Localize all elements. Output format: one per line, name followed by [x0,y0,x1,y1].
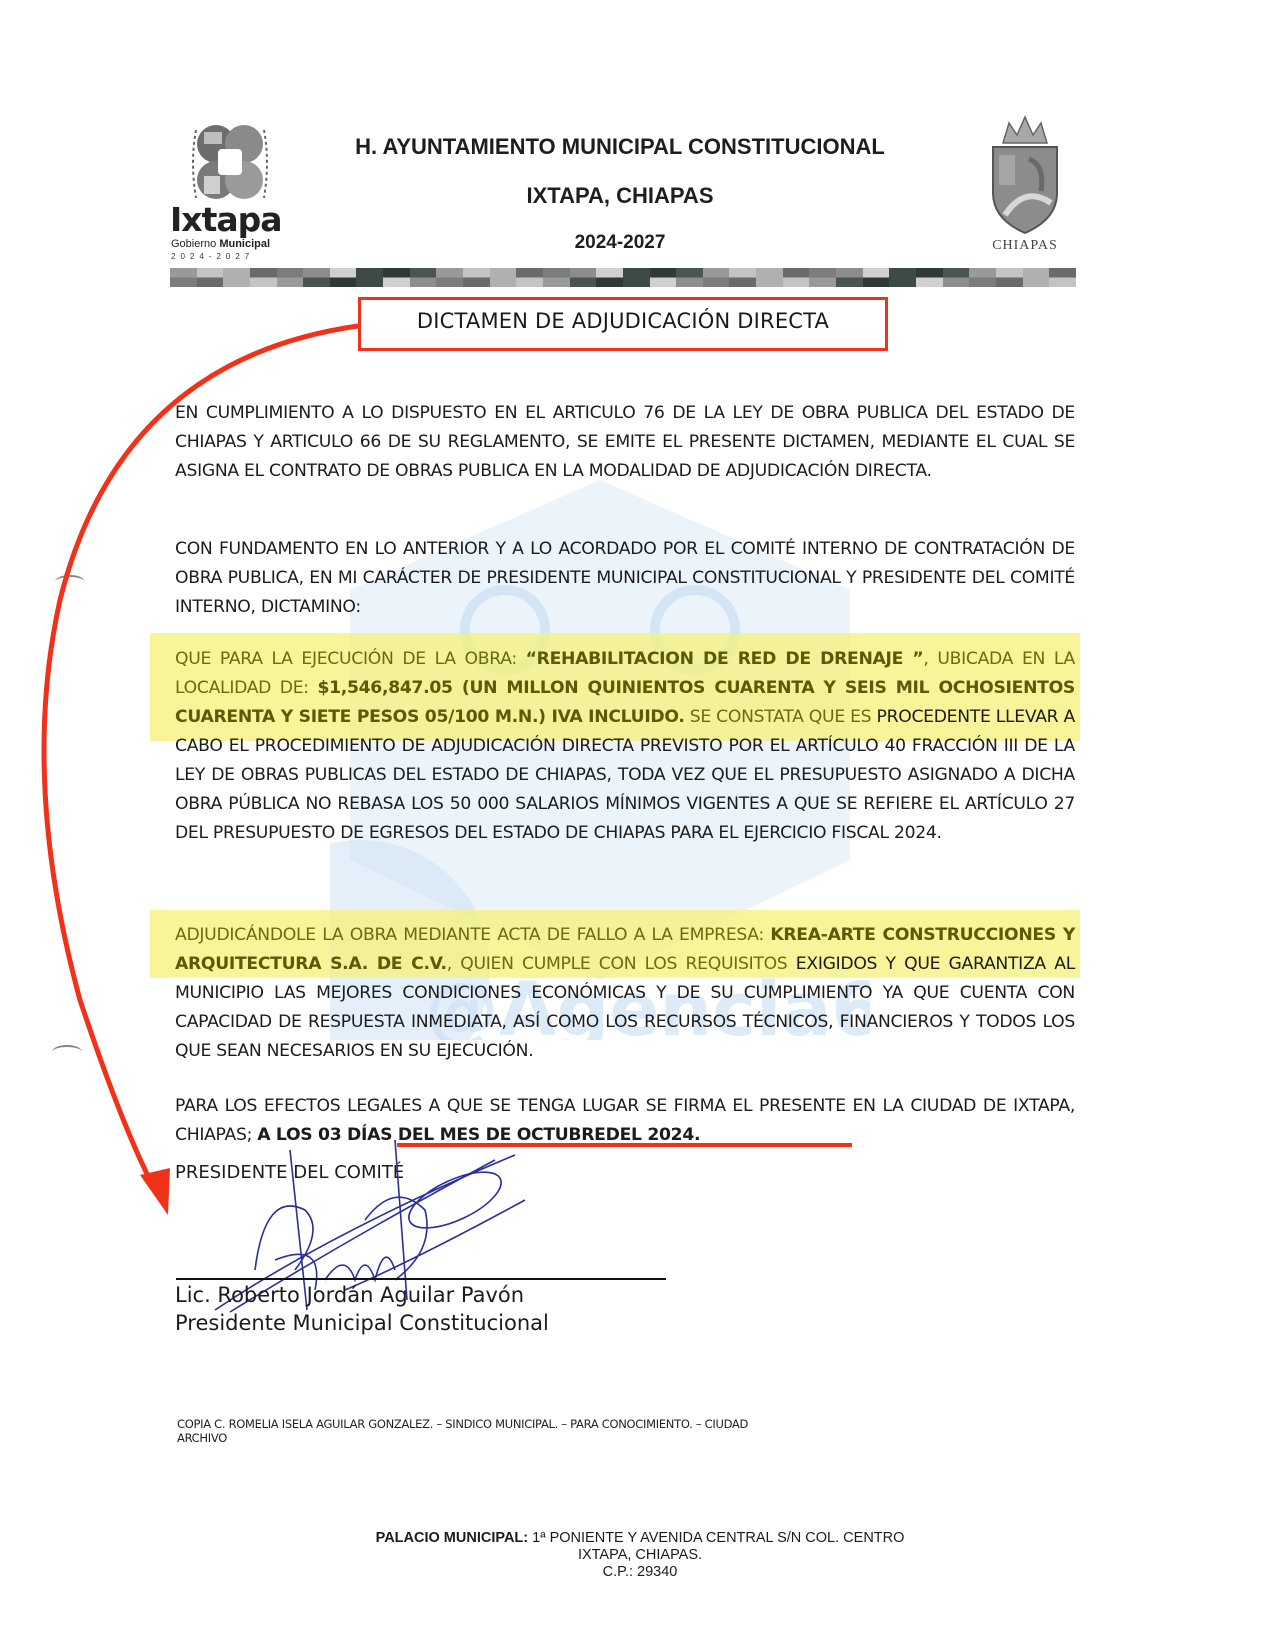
punch-hole-mark [55,575,85,589]
band-segment [463,268,490,287]
paragraph-legal-basis: EN CUMPLIMIENTO A LO DISPUESTO EN EL ART… [175,399,1075,486]
band-segment [969,268,996,287]
band-segment [356,268,383,287]
signature-line [176,1278,666,1280]
document-title: DICTAMEN DE ADJUDICACIÓN DIRECTA [417,309,829,333]
document-title-box: DICTAMEN DE ADJUDICACIÓN DIRECTA [358,297,888,351]
band-segment [889,268,916,287]
copy-distribution-note: COPIA C. ROMELIA ISELA AGUILAR GONZALEZ.… [177,1417,897,1445]
band-segment [570,268,597,287]
header-location: IXTAPA, CHIAPAS [290,183,950,209]
band-segment [516,268,543,287]
band-segment [650,268,677,287]
header-period: 2024-2027 [290,232,950,254]
band-segment [756,268,783,287]
signer-role: Presidente Municipal Constitucional [175,1311,549,1335]
chiapas-coat-of-arms-icon [985,115,1065,235]
band-segment [676,268,703,287]
ixtapa-municipal-logo: Ixtapa Gobierno Municipal 2024-2027 [170,122,290,262]
band-segment [436,268,463,287]
band-segment [410,268,437,287]
band-segment [809,268,836,287]
band-segment [623,268,650,287]
logo-years: 2024-2027 [171,252,254,261]
band-segment [223,268,250,287]
band-segment [543,268,570,287]
band-segment [383,268,410,287]
band-segment [490,268,517,287]
band-segment [250,268,277,287]
band-segment [996,268,1023,287]
band-segment [1049,268,1076,287]
band-segment [703,268,730,287]
work-name: “REHABILITACION DE RED DE DRENAJE ” [526,649,924,669]
band-segment [783,268,810,287]
header-divider-band [170,268,1076,287]
logo-wordmark: Ixtapa [170,200,282,239]
punch-hole-mark [52,1045,82,1059]
band-segment [943,268,970,287]
paragraph-committee: CON FUNDAMENTO EN LO ANTERIOR Y A LO ACO… [175,535,1075,622]
crest-label: CHIAPAS [985,238,1065,254]
paragraph-work-amount: QUE PARA LA EJECUCIÓN DE LA OBRA: “REHAB… [175,645,1075,848]
paragraph-awarded-company: ADJUDICÁNDOLE LA OBRA MEDIANTE ACTA DE F… [175,921,1075,1066]
band-segment [330,268,357,287]
chiapas-state-crest: CHIAPAS [985,115,1065,255]
band-segment [303,268,330,287]
band-segment [863,268,890,287]
band-segment [729,268,756,287]
municipal-emblem-icon [192,122,268,206]
band-segment [197,268,224,287]
logo-subtitle: Gobierno Municipal [171,238,270,250]
band-segment [1023,268,1050,287]
band-segment [596,268,623,287]
band-segment [836,268,863,287]
signer-name: Lic. Roberto Jordán Aguilar Pavón [175,1283,524,1307]
footer-address: PALACIO MUNICIPAL: 1ª PONIENTE Y AVENIDA… [250,1530,1030,1581]
band-segment [277,268,304,287]
band-segment [170,268,197,287]
header-institution: H. AYUNTAMIENTO MUNICIPAL CONSTITUCIONAL [290,134,950,160]
band-segment [916,268,943,287]
